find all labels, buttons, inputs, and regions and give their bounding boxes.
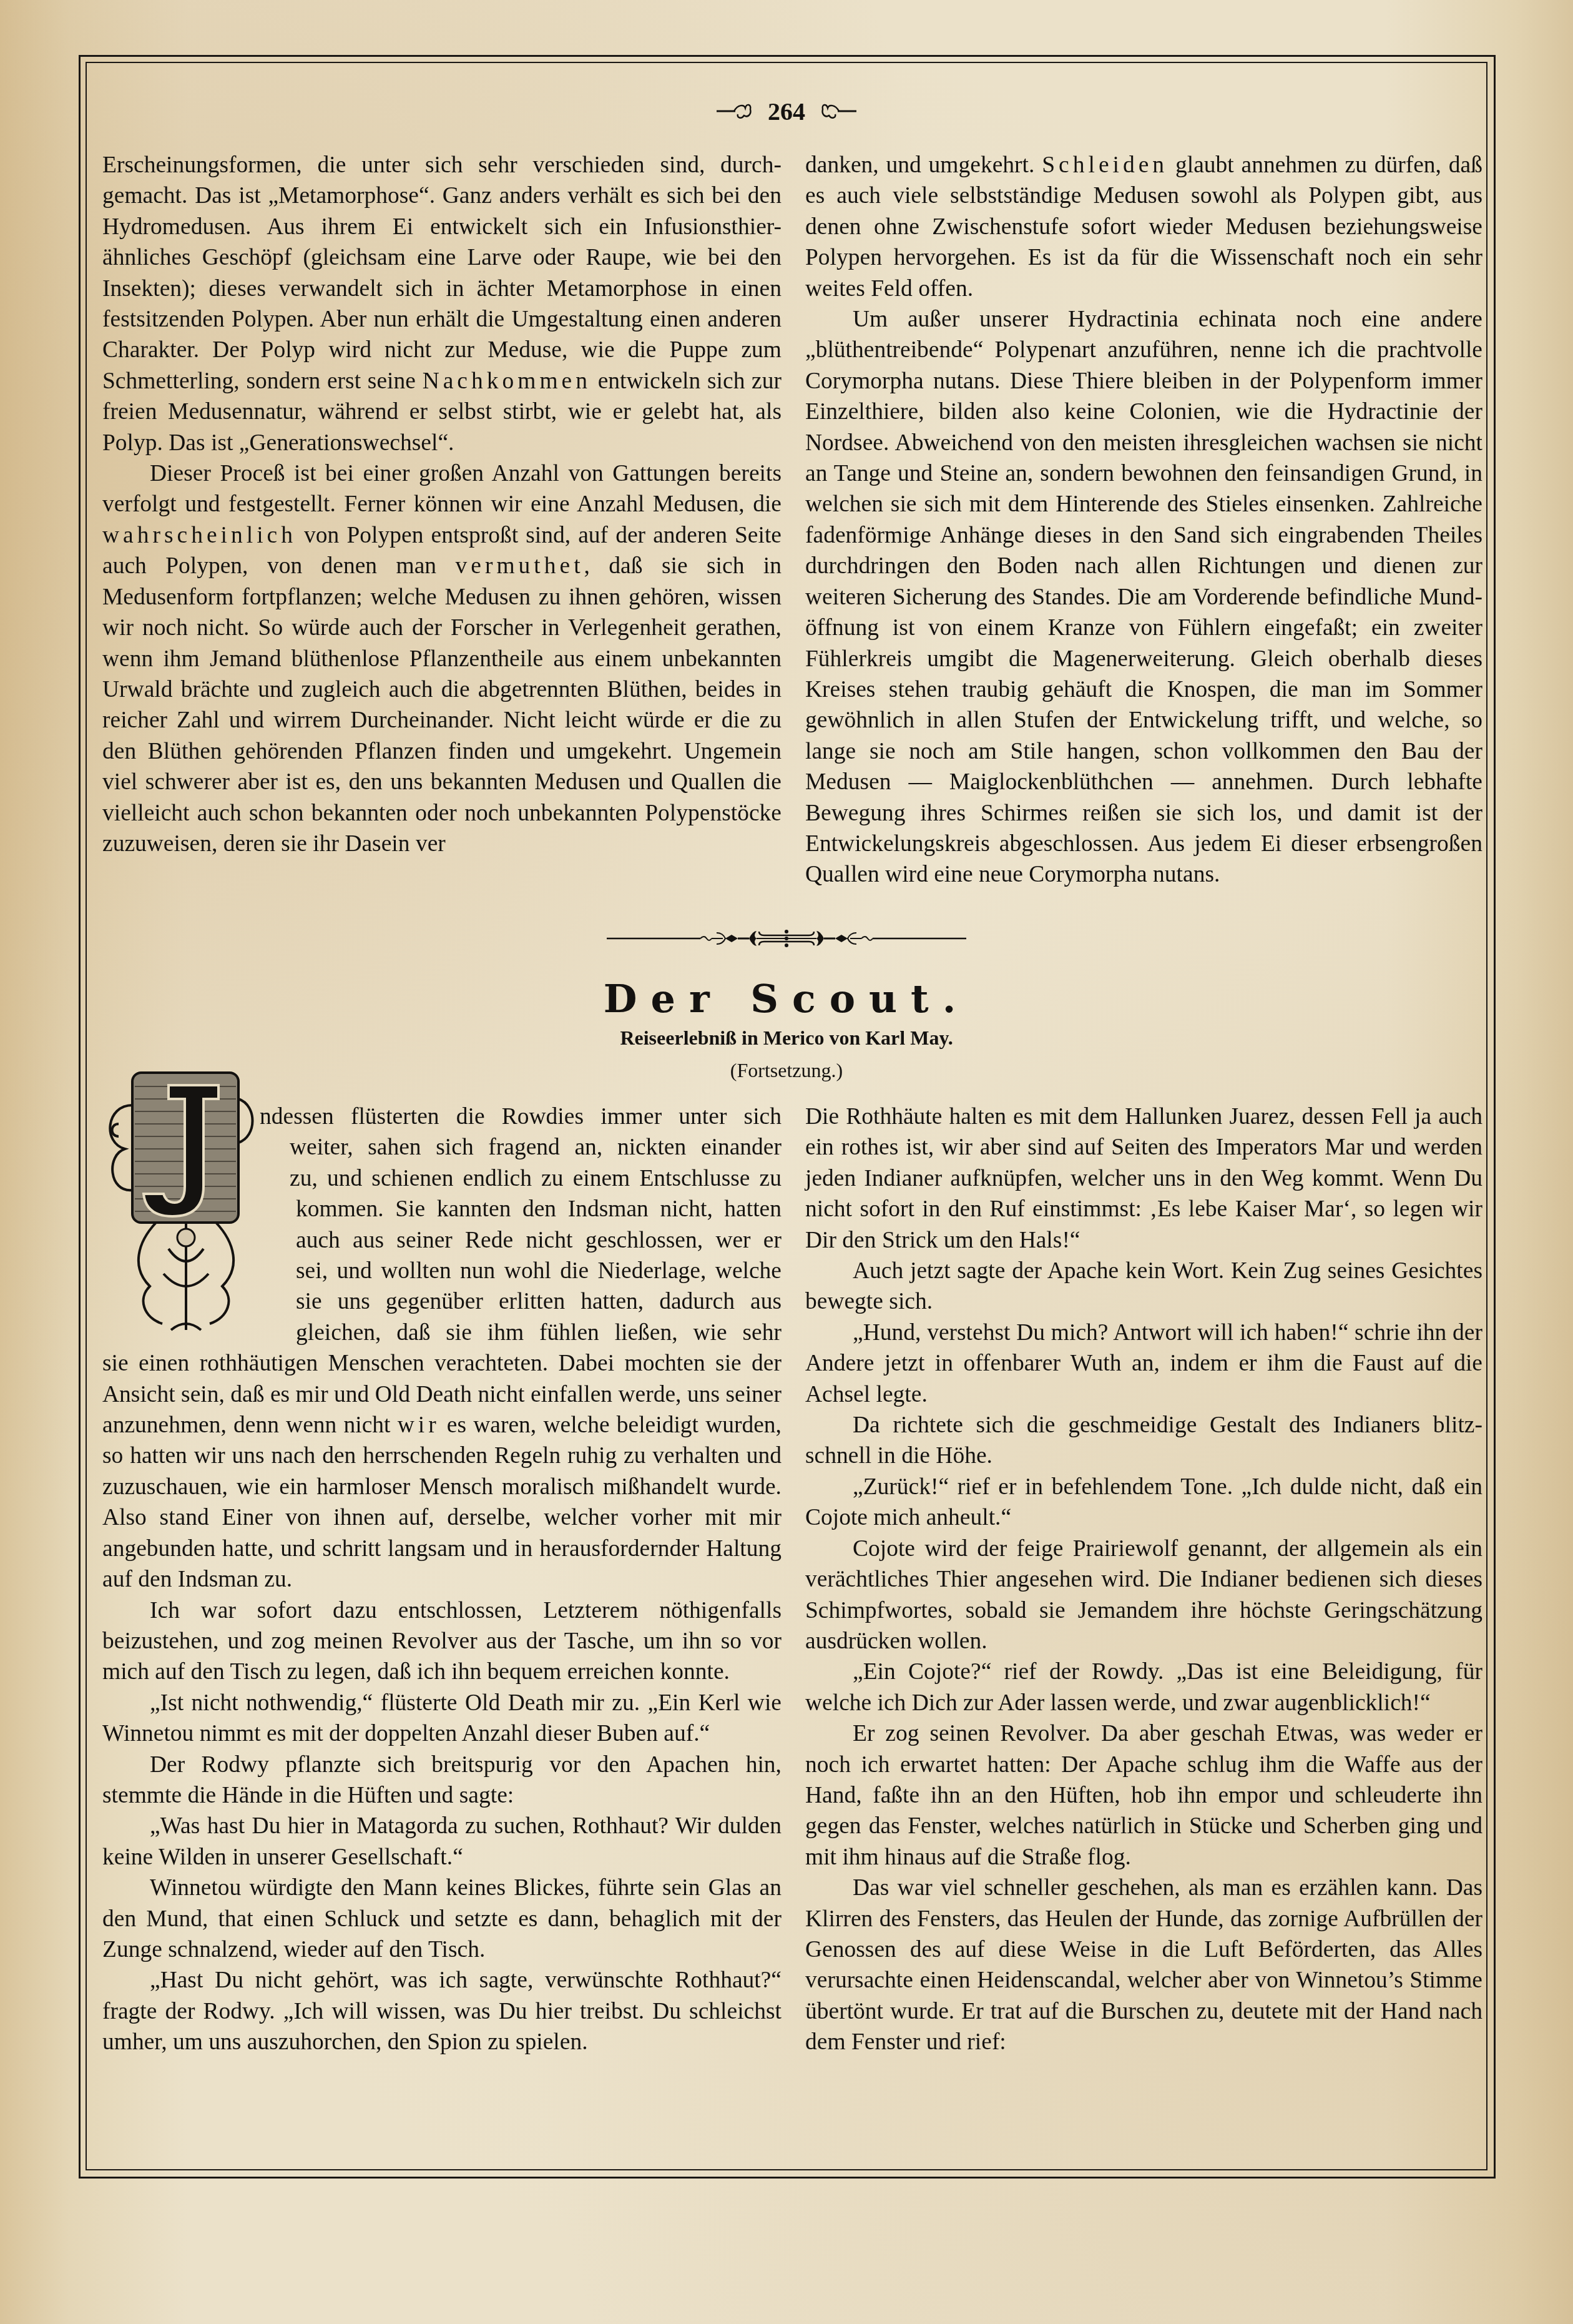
emphasized-word: wahrscheinlich <box>102 523 296 548</box>
drop-cap-line: ndessen flüsterten die Rowdies immer unt… <box>102 1101 782 1132</box>
article-left-column: Erscheinungsformen, die unter sich sehr … <box>102 150 782 859</box>
story-title: Der Scout. <box>562 974 1011 1024</box>
story-right-column: Die Rothhäute halten es mit dem Hallunke… <box>805 1101 1482 2058</box>
story-paragraph: „Ein Cojote?“ rief der Rowdy. „Das ist e… <box>805 1657 1482 1718</box>
article-paragraph: Dieser Proceß ist bei einer großen Anzah… <box>102 458 782 859</box>
story-paragraph: Das war viel schneller geschehen, als ma… <box>805 1873 1482 2057</box>
flourish-right-icon <box>819 101 856 122</box>
drop-cap-line: kommen. Sie kannten den Indsman nicht, h… <box>102 1194 782 1224</box>
ornamental-divider-icon <box>607 928 966 949</box>
story-paragraph: Da richtete sich die geschmeidige Gestal… <box>805 1410 1482 1472</box>
story-paragraph: Winnetou würdigte den Mann keines Blicke… <box>102 1873 782 1965</box>
story-continuation-note: (Fortsetzung.) <box>562 1056 1011 1084</box>
story-paragraph: Cojote wird der feige Prairiewolf genann… <box>805 1534 1482 1657</box>
article-paragraph: Erscheinungsformen, die unter sich sehr … <box>102 150 782 458</box>
article-paragraph: danken, und umgekehrt. Schleiden glaubt … <box>805 150 1482 304</box>
story-paragraph: Er zog seinen Revolver. Da aber geschah … <box>805 1718 1482 1873</box>
story-paragraph: „Was hast Du hier in Matagorda zu suchen… <box>102 1811 782 1873</box>
story-paragraph: Die Rothhäute halten es mit dem Hallunke… <box>805 1101 1482 1256</box>
story-paragraph: „Ist nicht nothwendig,“ flüsterte Old De… <box>102 1688 782 1750</box>
story-subtitle: Reiseerlebniß in Merico von Karl May. <box>562 1024 1011 1051</box>
story-paragraph: Auch jetzt sagte der Apache kein Wort. K… <box>805 1256 1482 1317</box>
article-right-column: danken, und umgekehrt. Schleiden glaubt … <box>805 150 1482 890</box>
drop-cap-line: weiter, sahen sich fragend an, nickten e… <box>102 1132 782 1163</box>
drop-cap-line: zu, und schienen endlich zu einem Entsch… <box>102 1163 782 1194</box>
drop-cap-line: sei, und wollten nun wohl die Niederlage… <box>102 1256 782 1286</box>
story-paragraph: „Zurück!“ rief er in befehlendem Tone. „… <box>805 1472 1482 1534</box>
page-number: 264 <box>768 97 805 126</box>
article-paragraph: Um außer unserer Hydractinia echinata no… <box>805 304 1482 890</box>
story-paragraph: „Hund, verstehst Du mich? Antwort will i… <box>805 1317 1482 1410</box>
page-number-header: 264 <box>693 92 880 130</box>
drop-cap-line: sie uns gegenüber erlitten hatten, dadur… <box>102 1286 782 1317</box>
story-paragraph: Der Rodwy pflanzte sich breitspurig vor … <box>102 1750 782 1811</box>
story-paragraph: „Hast Du nicht gehört, was ich sagte, ve… <box>102 1965 782 2057</box>
emphasized-word: Nachkommen <box>423 368 591 394</box>
emphasized-name: Schleiden <box>1042 152 1168 178</box>
flourish-left-icon <box>717 101 754 122</box>
story-left-column: ndessen flüsterten die Rowdies immer unt… <box>102 1101 782 2058</box>
emphasized-word: wir <box>398 1412 440 1438</box>
story-paragraph: Ich war sofort dazu entschlossen, Letzte… <box>102 1595 782 1688</box>
story-paragraph-opening: ndessen flüsterten die Rowdies immer unt… <box>102 1101 782 1595</box>
drop-cap-line: auch aus seiner Rede nicht geschlossen, … <box>102 1225 782 1256</box>
emphasized-word: vermuthet <box>456 553 584 579</box>
drop-cap-line: gleichen, daß sie ihm fühlen ließen, wie… <box>102 1317 782 1348</box>
